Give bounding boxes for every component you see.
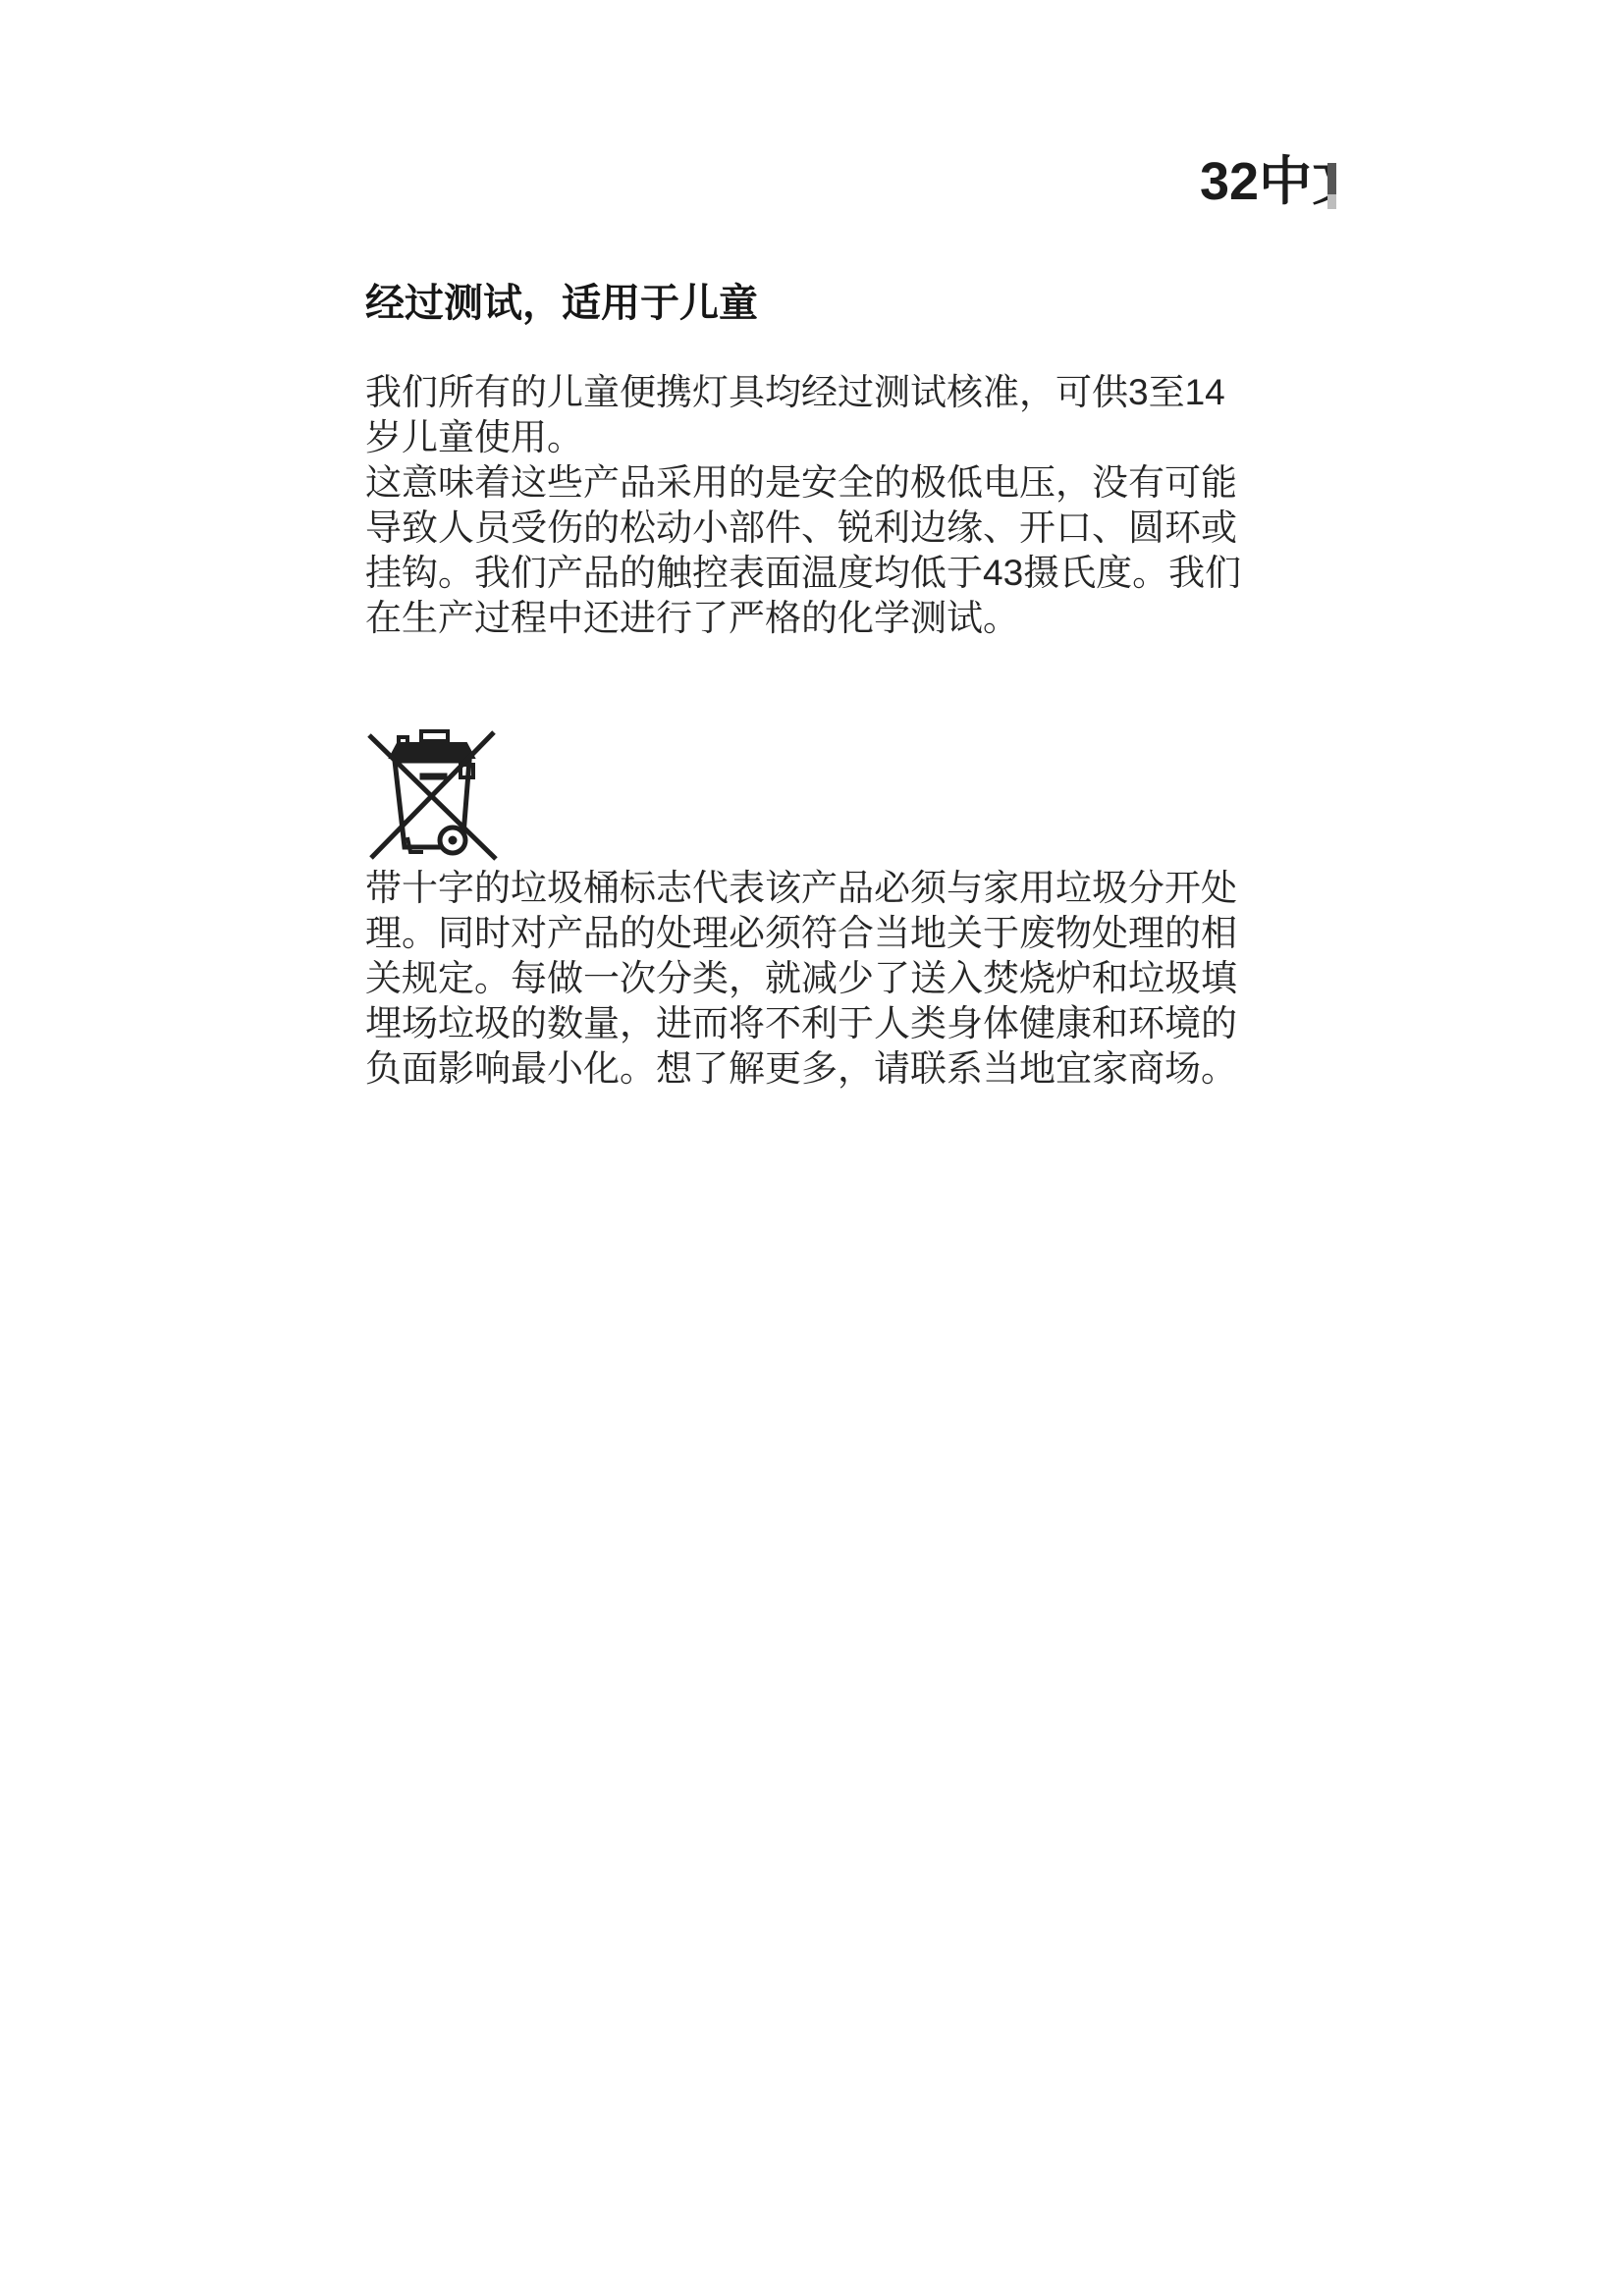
paragraph-line: 岁儿童使用。 (365, 415, 1241, 460)
paragraph-line: 埋场垃圾的数量，进而将不利于人类身体健康和环境的 (365, 1001, 1237, 1046)
disposal-paragraph: 带十字的垃圾桶标志代表该产品必须与家用垃圾分开处 理。同时对产品的处理必须符合当… (365, 866, 1237, 1092)
scan-artifact-bar (1327, 163, 1336, 209)
paragraph-line: 我们所有的儿童便携灯具均经过测试核准，可供3至14 (365, 370, 1241, 415)
paragraph-line: 带十字的垃圾桶标志代表该产品必须与家用垃圾分开处 (365, 866, 1237, 911)
paragraph-line: 关规定。每做一次分类，就减少了送入焚烧炉和垃圾填 (365, 956, 1237, 1001)
paragraph-line: 挂钩。我们产品的触控表面温度均低于43摄氏度。我们 (365, 551, 1241, 596)
section-heading: 经过测试，适用于儿童 (365, 281, 758, 326)
manual-page: 32中文 经过测试，适用于儿童 我们所有的儿童便携灯具均经过测试核准，可供3至1… (0, 0, 1624, 2296)
weee-crossed-out-wheelie-bin-icon (365, 728, 500, 863)
paragraph-line: 这意味着这些产品采用的是安全的极低电压，没有可能 (365, 460, 1241, 506)
paragraph-line: 导致人员受伤的松动小部件、锐利边缘、开口、圆环或 (365, 506, 1241, 551)
paragraph-line: 理。同时对产品的处理必须符合当地关于废物处理的相 (365, 911, 1237, 956)
paragraph-line: 在生产过程中还进行了严格的化学测试。 (365, 596, 1241, 641)
page-header-label: 32中文 (1200, 152, 1328, 213)
paragraph-line: 负面影响最小化。想了解更多，请联系当地宜家商场。 (365, 1046, 1237, 1092)
child-safety-paragraph: 我们所有的儿童便携灯具均经过测试核准，可供3至14 岁儿童使用。 这意味着这些产… (365, 370, 1241, 641)
